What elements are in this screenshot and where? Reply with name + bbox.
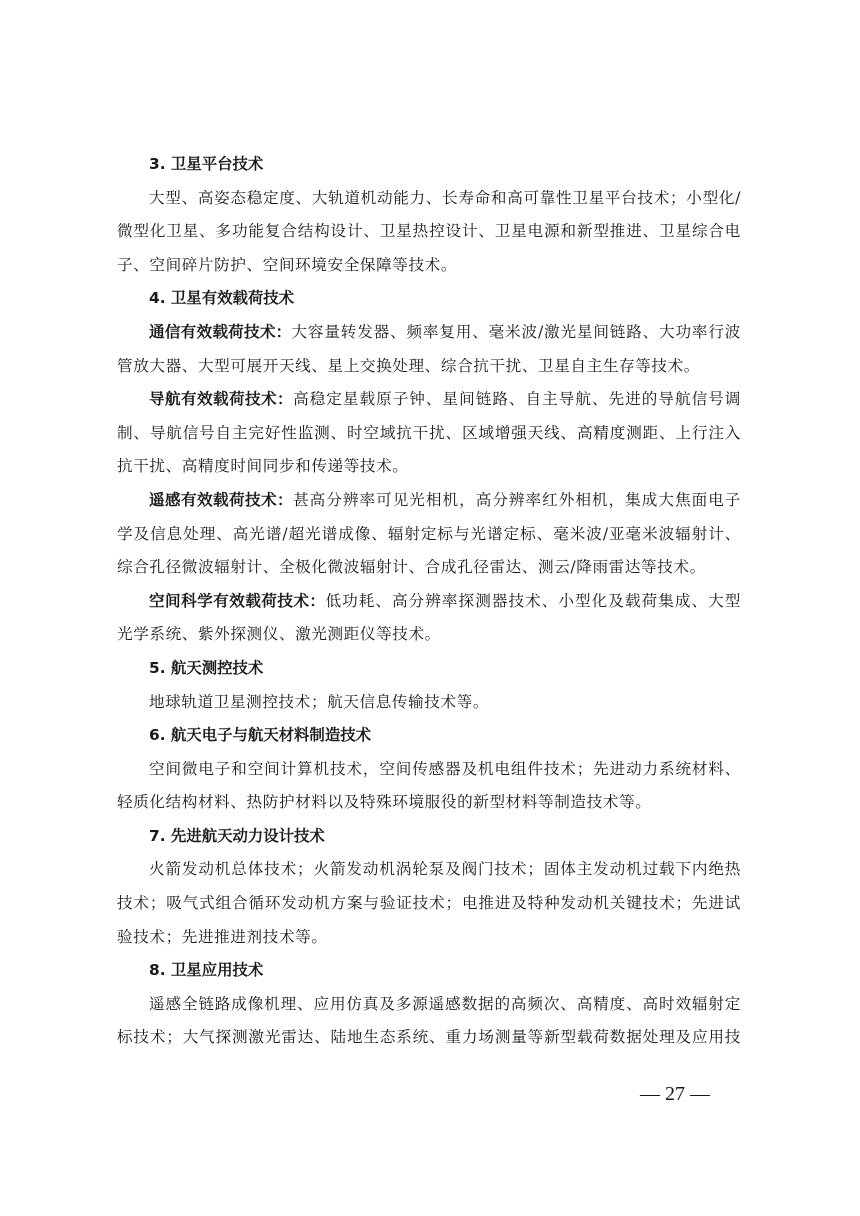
paragraph-lead: 遥感有效载荷技术： [149,491,293,509]
section-6-paragraph: 空间微电子和空间计算机技术，空间传感器及机电组件技术；先进动力系统材料、轻质化结… [117,753,741,820]
paragraph-text: 遥感全链路成像机理、应用仿真及多源遥感数据的高频次、高精度、高时效辐射定标技术；… [117,995,741,1047]
paragraph-lead: 通信有效载荷技术： [149,323,291,341]
section-heading-4: 4. 卫星有效载荷技术 [117,282,741,316]
section-8-paragraph: 遥感全链路成像机理、应用仿真及多源遥感数据的高频次、高精度、高时效辐射定标技术；… [117,988,741,1055]
section-heading-6: 6. 航天电子与航天材料制造技术 [117,719,741,753]
section-heading-5: 5. 航天测控技术 [117,652,741,686]
section-3-paragraph: 大型、高姿态稳定度、大轨道机动能力、长寿命和高可靠性卫星平台技术；小型化/微型化… [117,182,741,283]
navigation-payload-paragraph: 导航有效载荷技术：高稳定星载原子钟、星间链路、自主导航、先进的导航信号调制、导航… [117,383,741,484]
space-science-payload-paragraph: 空间科学有效载荷技术：低功耗、高分辨率探测器技术、小型化及载荷集成、大型光学系统… [117,585,741,652]
paragraph-text: 火箭发动机总体技术；火箭发动机涡轮泵及阀门技术；固体主发动机过载下内绝热技术；吸… [117,860,741,945]
document-page: 3. 卫星平台技术 大型、高姿态稳定度、大轨道机动能力、长寿命和高可靠性卫星平台… [117,148,741,1055]
section-heading-7: 7. 先进航天动力设计技术 [117,820,741,854]
remote-sensing-payload-paragraph: 遥感有效载荷技术：甚高分辨率可见光相机，高分辨率红外相机，集成大焦面电子学及信息… [117,484,741,585]
paragraph-text: 地球轨道卫星测控技术；航天信息传输技术等。 [149,693,489,711]
paragraph-text: 大型、高姿态稳定度、大轨道机动能力、长寿命和高可靠性卫星平台技术；小型化/微型化… [117,189,741,274]
section-5-paragraph: 地球轨道卫星测控技术；航天信息传输技术等。 [117,686,741,720]
communication-payload-paragraph: 通信有效载荷技术：大容量转发器、频率复用、毫米波/激光星间链路、大功率行波管放大… [117,316,741,383]
section-7-paragraph: 火箭发动机总体技术；火箭发动机涡轮泵及阀门技术；固体主发动机过载下内绝热技术；吸… [117,853,741,954]
page-number: — 27 — [640,1083,710,1106]
section-heading-8: 8. 卫星应用技术 [117,954,741,988]
section-heading-3: 3. 卫星平台技术 [117,148,741,182]
paragraph-text: 空间微电子和空间计算机技术，空间传感器及机电组件技术；先进动力系统材料、轻质化结… [117,760,741,812]
paragraph-lead: 导航有效载荷技术： [149,390,293,408]
paragraph-lead: 空间科学有效载荷技术： [149,592,325,610]
